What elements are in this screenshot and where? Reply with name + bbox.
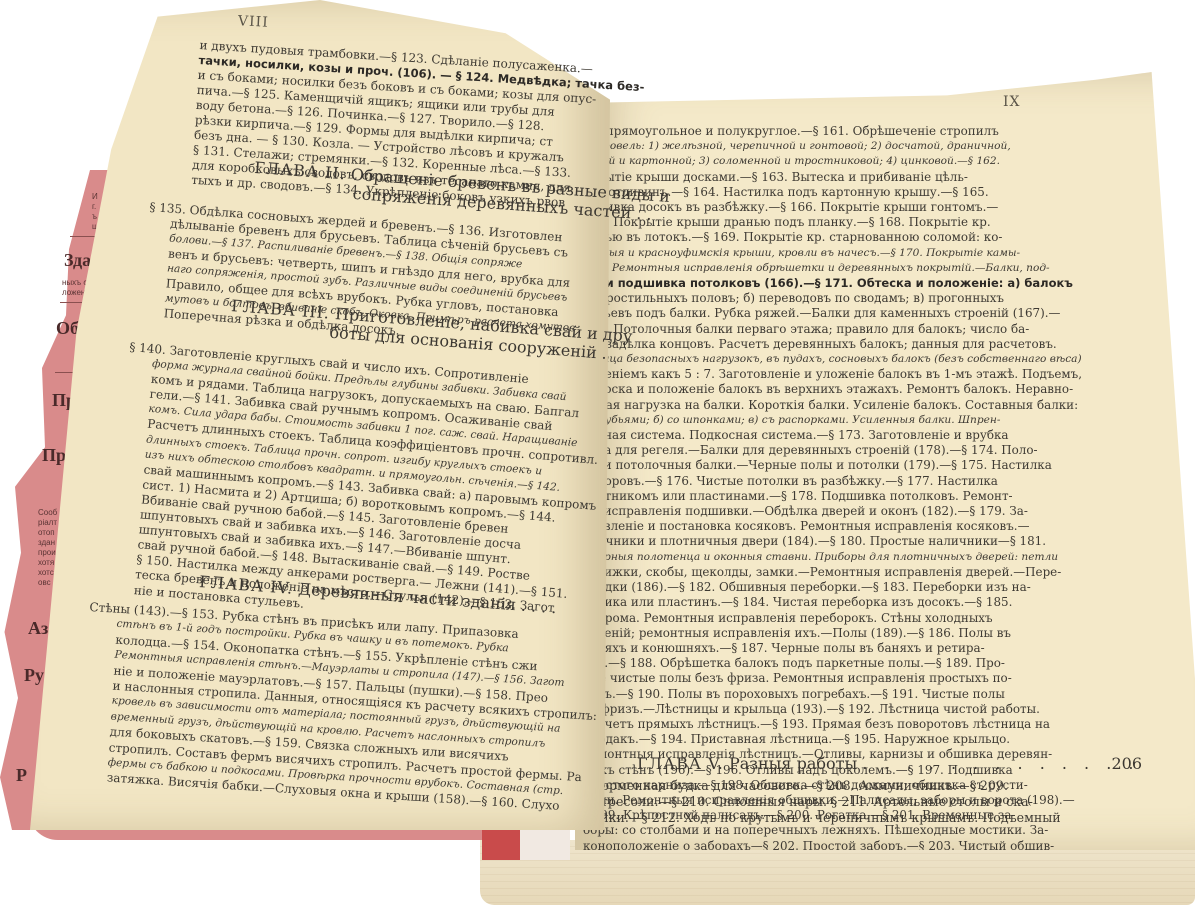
toc-line: ахъ.—§ 188. Обрѣшетка балокъ подъ паркет… <box>583 656 1183 671</box>
toc-line: русьевъ подъ балки. Рубка ряжей.—Балки д… <box>583 306 1183 321</box>
toc-line: 172. Потолочныя балки перваго этажа; пра… <box>583 322 1183 337</box>
toc-line: руса для регеля.—Балки для деревянныхъ с… <box>583 443 1183 458</box>
toc-line: ѣрная нагрузка на балки. Короткія балки.… <box>583 398 1183 413</box>
chapter-page-number: 206 <box>1111 754 1142 773</box>
toc-line: араяхъ и конюшняхъ.—§ 187. Черные полы в… <box>583 641 1183 656</box>
chapter-5-heading: ГЛАВА V. Разныя работы . . . . . . . . .… <box>637 754 1142 773</box>
toc-line: емъ. Ремонтныя исправленія обрѣшетки и д… <box>583 261 1183 276</box>
toc-line: левой и картонной; 3) соломенной и трост… <box>583 154 1183 169</box>
toc-line: нковыя и красноуфимскія крыши, кровли въ… <box>583 246 1183 261</box>
toc-line: ыя и потолочныя балки.—Черные полы и пот… <box>583 458 1183 473</box>
toc-line: акатникомъ или пластинами.—§ 178. Подшив… <box>583 489 1183 504</box>
toc-line: мейки.—§ 212. Ходъ по крутымъ и черепичн… <box>583 810 1143 826</box>
toc-line: . Форменная будка для часового.—§ 208. А… <box>583 778 1143 794</box>
toc-line: зо фризъ.—Лѣстницы и крыльца (193).—§ 19… <box>583 702 1183 717</box>
open-book-photo: И г. ъ м що в Здані ныхъ с ложені Обра П… <box>0 0 1200 912</box>
toc-line: ахъ отливинъ.—§ 164. Настилка подъ карто… <box>583 185 1183 200</box>
toc-line: тые чистые полы безъ фриза. Ремонтныя ис… <box>583 671 1183 686</box>
toc-line: рибивка досокъ въ разбѣжку.—§ 166. Покры… <box>583 200 1183 215</box>
toc-line: Расчетъ прямыхъ лѣстницъ.—§ 193. Прямая … <box>583 717 1183 732</box>
toc-line: ородки (186).—§ 182. Обшивныя переборки.… <box>583 580 1183 595</box>
endpaper-fragment-heading: Аз <box>28 618 48 639</box>
endpaper-fragment-heading: Р <box>16 765 27 786</box>
toc-line: атника или пластинъ.—§ 184. Чистая переб… <box>583 595 1183 610</box>
toc-line: адвижки, скобы, щеколды, замки.—Ремонтны… <box>583 565 1183 580</box>
toc-line: Закрома. Ремонтныя исправленія переборок… <box>583 611 1183 626</box>
toc-line: къ, задѣлка концовъ. Расчетъ деревянныхъ… <box>583 337 1183 352</box>
page-number-right: IX <box>1003 94 1021 110</box>
toc-line: ыя исправленія подшивки.—Обдѣлка дверей … <box>583 504 1183 519</box>
toc-block-right-2: . Форменная будка для часового.—§ 208. А… <box>583 778 1143 826</box>
toc-line: аличники и плотничныя двери (184).—§ 180… <box>583 534 1183 549</box>
toc-line: одборовъ.—§ 176. Чистые потолки въ разбѣ… <box>583 474 1183 489</box>
toc-line: ры и подшивка потолковъ (166).—§ 171. Об… <box>583 276 1183 291</box>
toc-line: Антресоли.—§ 210. Сплошныя нары. § 211. … <box>583 794 1143 810</box>
endpaper-fragment-heading: Ру <box>24 665 44 686</box>
toc-line: отовленіе и постановка косяковъ. Ремонтн… <box>583 519 1183 534</box>
toc-line: аблица безопасныхъ нагрузокъ, въ пудахъ,… <box>583 352 1183 367</box>
toc-line: сѣченіемъ какъ 5 : 7. Заготовленіе и уло… <box>583 367 1183 382</box>
page-number-left: VIII <box>238 13 269 31</box>
toc-line: окрытіе крыши досками.—§ 163. Вытеска и … <box>583 170 1183 185</box>
chapter-title: Разныя работы <box>729 754 857 773</box>
toc-line: троеній; ремонтныя исправленія ихъ.—Полы… <box>583 626 1183 641</box>
toc-line: на: прямоугольное и полукруглое.—§ 161. … <box>583 124 1183 139</box>
toc-line: ія простильныхъ половъ; б) переводовъ по… <box>583 291 1183 306</box>
toc-block-left-4: Стѣны (143).—§ 153. Рубка стѣнъ въ присѣ… <box>78 600 589 816</box>
toc-line: ельная система. Подкосная система.—§ 173… <box>583 428 1183 443</box>
toc-line: ревоска и положеніе балокъ въ верхнихъ э… <box>583 382 1183 397</box>
leader-dots: . . . . . . . . . . . . . <box>862 754 1139 773</box>
toc-line: съ зубьями; б) со шпонками; в) съ распор… <box>583 413 1183 428</box>
toc-line: ранью въ лотокъ.—§ 169. Покрытіе кр. ста… <box>583 230 1183 245</box>
toc-line: ловъ.—§ 190. Полы въ пороховыхъ погребах… <box>583 687 1183 702</box>
toc-line: Дверныя полотенца и оконныя ставни. Приб… <box>583 550 1183 565</box>
toc-line: нердакъ.—§ 194. Приставная лѣстница.—§ 1… <box>583 732 1183 747</box>
toc-line: ія кровель: 1) желѣзной, черепичной и го… <box>583 139 1183 154</box>
spine-torn-paper <box>520 825 570 860</box>
chapter-label: ГЛАВА V. <box>637 754 724 773</box>
toc-line: 167. Покрытіе крыши дранью подъ планку.—… <box>583 215 1183 230</box>
